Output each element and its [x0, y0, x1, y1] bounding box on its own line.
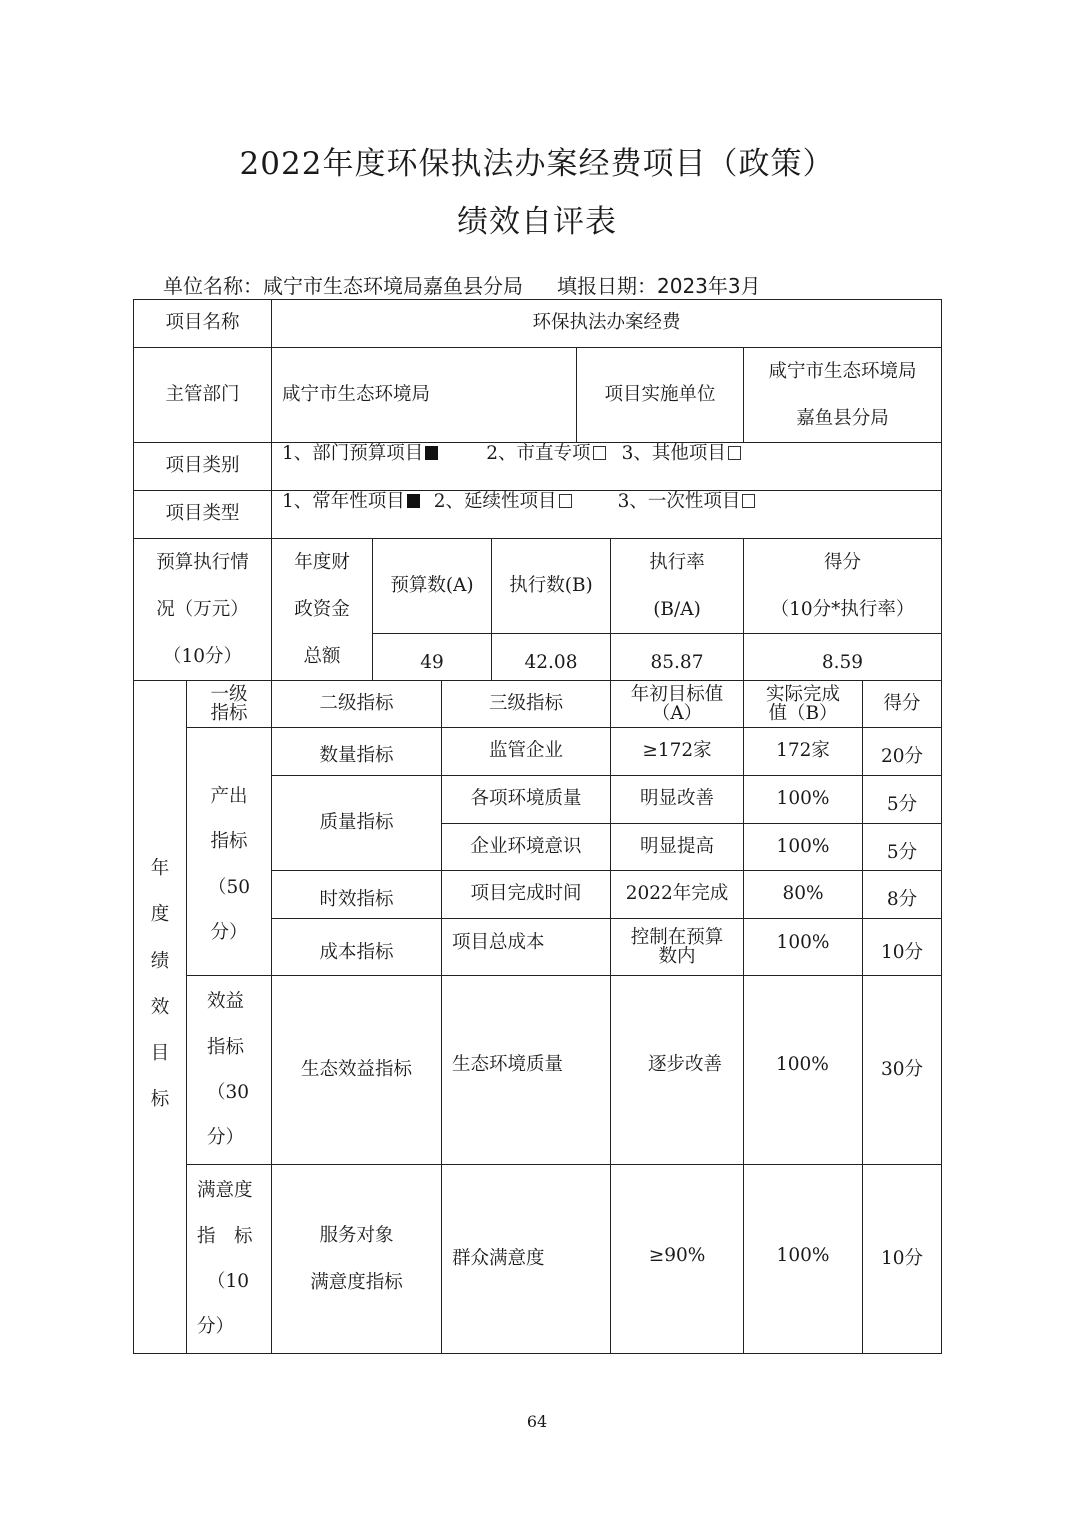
row1-score: 5分	[862, 775, 942, 824]
row2-score: 5分	[862, 823, 942, 871]
row2-target: 明显提高	[610, 823, 744, 871]
row5-score: 30分	[862, 975, 942, 1165]
row6-target: ≥90%	[610, 1164, 744, 1354]
row5-l3: 生态环境质量	[441, 975, 611, 1165]
category-options: 1、部门预算项目 2、市直专项 3、其他项目	[271, 442, 942, 491]
row1-l3: 各项环境质量	[441, 775, 611, 824]
budget-a-value: 49	[372, 633, 492, 681]
score-value: 8.59	[743, 633, 942, 681]
rate-header: 执行率 (B/A)	[610, 538, 744, 634]
row1-l2: 质量指标	[271, 775, 442, 871]
category-opt-1[interactable]: 1、部门预算项目	[282, 443, 438, 465]
project-name-label: 项目名称	[133, 299, 272, 348]
checked-box-icon	[407, 494, 420, 508]
row4-l2: 成本指标	[271, 918, 442, 976]
budget-label: 预算执行情 况（万元） （10分）	[133, 538, 272, 681]
l1-satisfaction: 满意度 指 标 （10 分）	[186, 1164, 272, 1354]
budget-b-header: 执行数(B)	[491, 538, 611, 634]
row4-actual: 100%	[743, 918, 863, 976]
unchecked-box-icon	[593, 446, 606, 460]
rate-value: 85.87	[610, 633, 744, 681]
row0-l2: 数量指标	[271, 727, 442, 776]
impl-value: 咸宁市生态环境局 嘉鱼县分局	[743, 347, 942, 443]
row0-target: ≥172家	[610, 727, 744, 776]
unchecked-box-icon	[728, 446, 741, 460]
row0-l3: 监管企业	[441, 727, 611, 776]
header-l1: 一级 指标	[186, 680, 272, 728]
dept-value: 咸宁市生态环境局	[271, 347, 577, 443]
header-l3: 三级指标	[441, 680, 611, 728]
row6-actual: 100%	[743, 1164, 863, 1354]
unchecked-box-icon	[559, 494, 572, 508]
dept-label: 主管部门	[133, 347, 272, 443]
type-options: 1、常年性项目 2、延续性项目 3、一次性项目	[271, 490, 942, 539]
page-number: 64	[0, 1412, 1074, 1431]
row3-target: 2022年完成	[610, 870, 744, 919]
row2-actual: 100%	[743, 823, 863, 871]
perf-side-label: 年 度 绩 效 目 标	[133, 680, 187, 1354]
project-name-value: 环保执法办案经费	[271, 299, 942, 348]
row3-score: 8分	[862, 870, 942, 919]
header-l2: 二级指标	[271, 680, 442, 728]
report-date: 填报日期：2023年3月	[557, 274, 761, 298]
row1-actual: 100%	[743, 775, 863, 824]
header-score: 得分	[862, 680, 942, 728]
l1-output: 产出 指标 （50 分）	[186, 727, 272, 976]
budget-b-value: 42.08	[491, 633, 611, 681]
type-opt-3[interactable]: 3、一次性项目	[618, 491, 756, 513]
row6-score: 10分	[862, 1164, 942, 1354]
row0-score: 20分	[862, 727, 942, 776]
row3-actual: 80%	[743, 870, 863, 919]
row5-l2: 生态效益指标	[271, 975, 442, 1165]
document-title-line1: 2022年度环保执法办案经费项目（政策）	[0, 138, 1074, 183]
row4-target: 控制在预算 数内	[610, 918, 744, 976]
l1-benefit: 效益 指标 （30 分）	[186, 975, 272, 1165]
unit-name: 单位名称：咸宁市生态环境局嘉鱼县分局	[163, 274, 523, 298]
row4-l3: 项目总成本	[441, 918, 611, 976]
row6-l2: 服务对象 满意度指标	[271, 1164, 442, 1354]
row3-l2: 时效指标	[271, 870, 442, 919]
category-label: 项目类别	[133, 442, 272, 491]
header-target: 年初目标值 （A）	[610, 680, 744, 728]
row2-l3: 企业环境意识	[441, 823, 611, 871]
row5-actual: 100%	[743, 975, 863, 1165]
row0-actual: 172家	[743, 727, 863, 776]
score-header: 得分 （10分*执行率）	[743, 538, 942, 634]
category-opt-2[interactable]: 2、市直专项	[486, 443, 605, 465]
fund-label: 年度财 政资金 总额	[271, 538, 373, 681]
unchecked-box-icon	[742, 494, 755, 508]
meta-line: 单位名称：咸宁市生态环境局嘉鱼县分局填报日期：2023年3月	[163, 270, 795, 299]
impl-value-line1: 咸宁市生态环境局	[768, 348, 916, 395]
checked-box-icon	[425, 446, 438, 460]
row1-target: 明显改善	[610, 775, 744, 824]
row6-l3: 群众满意度	[441, 1164, 611, 1354]
document-title-line2: 绩效自评表	[0, 196, 1074, 241]
budget-a-header: 预算数(A)	[372, 538, 492, 634]
row3-l3: 项目完成时间	[441, 870, 611, 919]
row5-target: 逐步改善	[610, 975, 744, 1165]
type-opt-1[interactable]: 1、常年性项目	[282, 491, 420, 513]
type-label: 项目类型	[133, 490, 272, 539]
type-opt-2[interactable]: 2、延续性项目	[434, 491, 572, 513]
row4-score: 10分	[862, 918, 942, 976]
impl-label: 项目实施单位	[576, 347, 744, 443]
impl-value-line2: 嘉鱼县分局	[796, 395, 889, 442]
header-actual: 实际完成 值（B）	[743, 680, 863, 728]
category-opt-3[interactable]: 3、其他项目	[622, 443, 741, 465]
